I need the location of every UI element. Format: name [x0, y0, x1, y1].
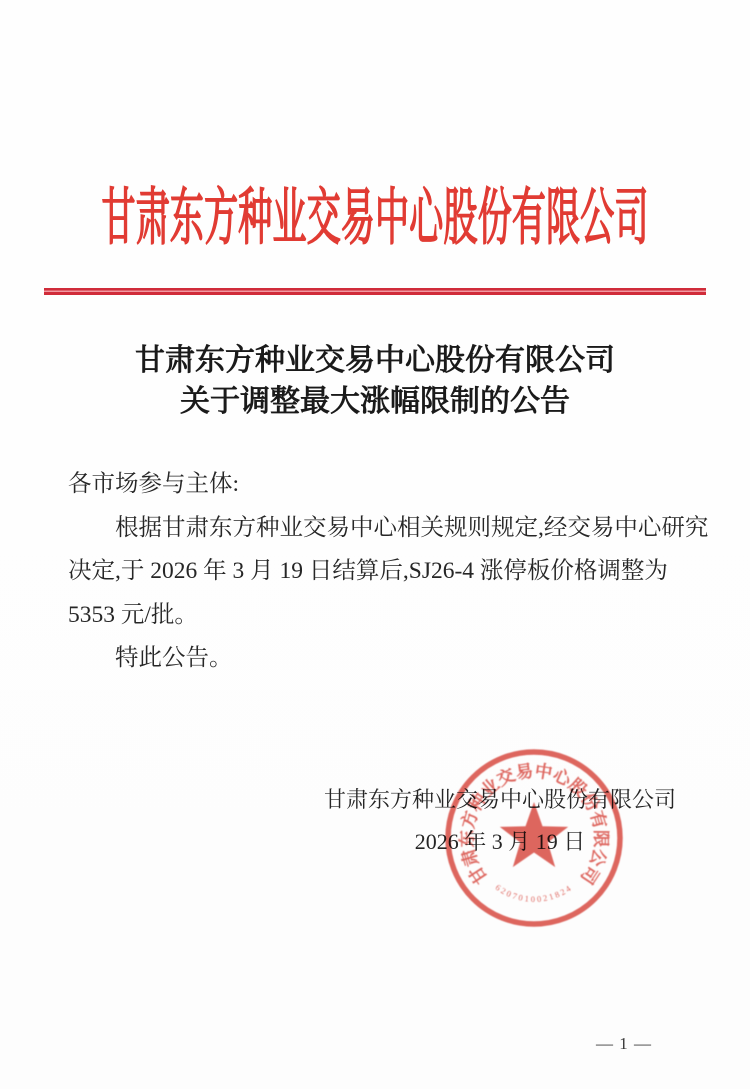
salutation: 各市场参与主体:	[68, 463, 682, 507]
announcement-title-line2: 关于调整最大涨幅限制的公告	[0, 381, 750, 422]
announcement-title: 甘肃东方种业交易中心股份有限公司 关于调整最大涨幅限制的公告	[0, 340, 750, 422]
announcement-body: 各市场参与主体: 根据甘肃东方种业交易中心相关规则规定,经交易中心研究 决定,于…	[68, 463, 682, 681]
company-seal-stamp: 甘肃东方种业交易中心股份有限公司 6207010021824	[443, 747, 625, 929]
seal-serial-wrap: 6207010021824	[494, 882, 575, 904]
letterhead-divider-rule	[44, 288, 706, 295]
letterhead-company-name: 甘肃东方种业交易中心股份有限公司	[19, 161, 732, 275]
seal-star-icon	[500, 802, 568, 867]
announcement-title-line1: 甘肃东方种业交易中心股份有限公司	[0, 340, 750, 381]
body-line: 根据甘肃东方种业交易中心相关规则规定,经交易中心研究	[68, 507, 682, 551]
seal-serial-number: 6207010021824	[494, 882, 575, 904]
document-page: 甘肃东方种业交易中心股份有限公司 甘肃东方种业交易中心股份有限公司 关于调整最大…	[0, 0, 750, 1089]
page-number: — 1 —	[596, 1034, 686, 1054]
body-line: 5353 元/批。	[68, 594, 682, 638]
body-line: 决定,于 2026 年 3 月 19 日结算后,SJ26-4 涨停板价格调整为	[68, 550, 682, 594]
body-line: 特此公告。	[68, 637, 682, 681]
